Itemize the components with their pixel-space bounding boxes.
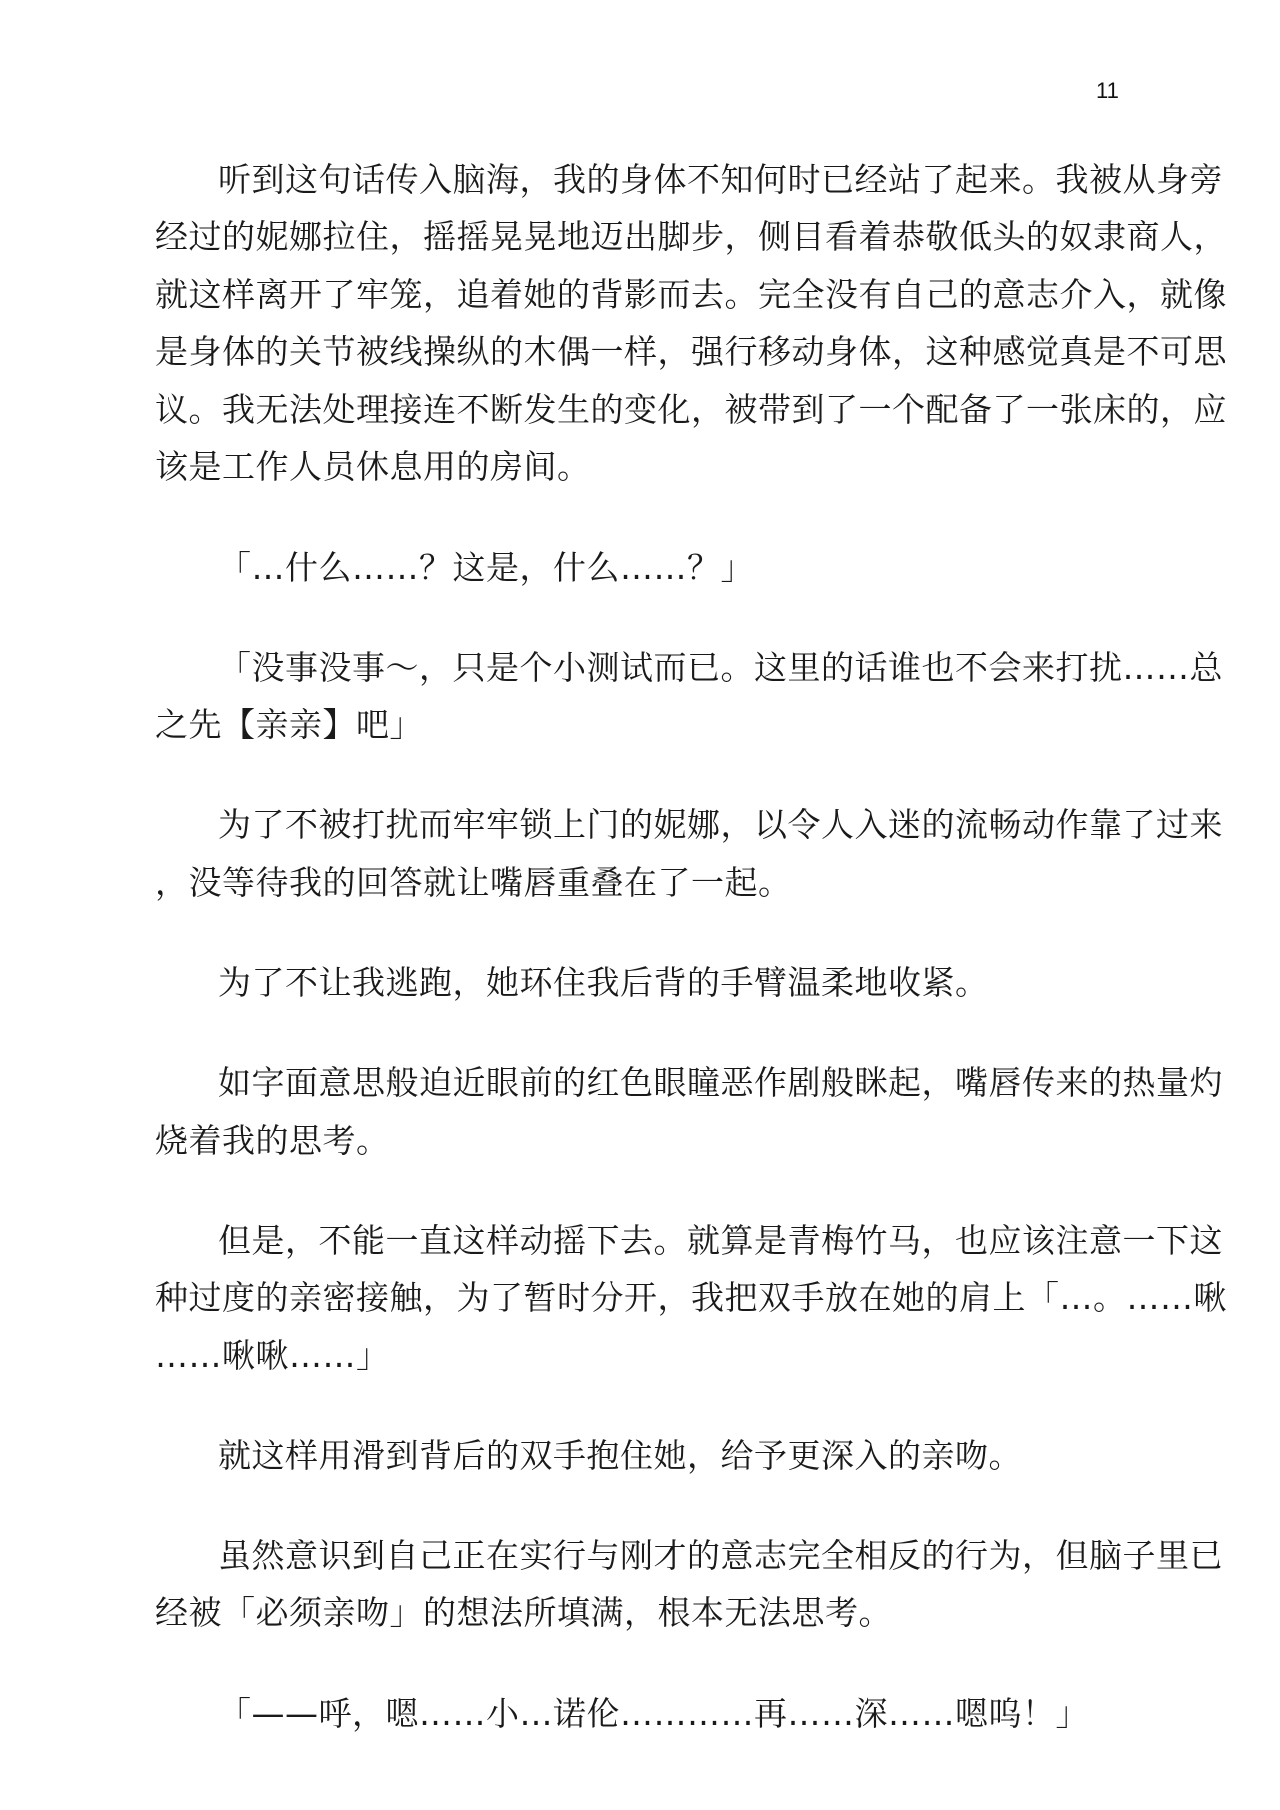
text-line: 是身体的关节被线操纵的木偶一样，强行移动身体，这种感觉真是不可思 (155, 330, 1130, 374)
text-line: 「——呼，嗯……小…诺伦…………再……深……嗯呜！」 (218, 1692, 1130, 1736)
text-line: 「没事没事～，只是个小测试而已。这里的话谁也不会来打扰……总 (218, 646, 1130, 690)
page-number: 11 (1096, 76, 1119, 106)
text-line: 之先【亲亲】吧」 (155, 703, 1130, 747)
text-line: 为了不让我逃跑，她环住我后背的手臂温柔地收紧。 (218, 961, 1130, 1005)
text-line: 为了不被打扰而牢牢锁上门的妮娜，以令人入迷的流畅动作靠了过来 (218, 803, 1130, 847)
text-line: 该是工作人员休息用的房间。 (155, 445, 1130, 489)
text-line: ……啾啾……」 (155, 1334, 1130, 1378)
text-line: 经被「必须亲吻」的想法所填满，根本无法思考。 (155, 1591, 1130, 1635)
text-line: 就这样用滑到背后的双手抱住她，给予更深入的亲吻。 (218, 1434, 1130, 1478)
text-line: 议。我无法处理接连不断发生的变化，被带到了一个配备了一张床的，应 (155, 388, 1130, 432)
text-line: 虽然意识到自己正在实行与刚才的意志完全相反的行为，但脑子里已 (218, 1534, 1130, 1578)
text-line: 烧着我的思考。 (155, 1119, 1130, 1163)
text-line: 「…什么……？这是，什么……？」 (218, 546, 1130, 590)
book-page: 11 听到这句话传入脑海，我的身体不知何时已经站了起来。我被从身旁 经过的妮娜拉… (0, 0, 1280, 1810)
text-line: 种过度的亲密接触，为了暂时分开，我把双手放在她的肩上「…。……啾 (155, 1276, 1130, 1320)
text-line: 就这样离开了牢笼，追着她的背影而去。完全没有自己的意志介入，就像 (155, 273, 1130, 317)
text-line: ，没等待我的回答就让嘴唇重叠在了一起。 (155, 861, 1130, 905)
text-line: 经过的妮娜拉住，摇摇晃晃地迈出脚步，侧目看着恭敬低头的奴隶商人， (155, 215, 1130, 259)
text-line: 听到这句话传入脑海，我的身体不知何时已经站了起来。我被从身旁 (218, 158, 1130, 202)
text-line: 如字面意思般迫近眼前的红色眼瞳恶作剧般眯起，嘴唇传来的热量灼 (218, 1061, 1130, 1105)
text-line: 但是，不能一直这样动摇下去。就算是青梅竹马，也应该注意一下这 (218, 1219, 1130, 1263)
